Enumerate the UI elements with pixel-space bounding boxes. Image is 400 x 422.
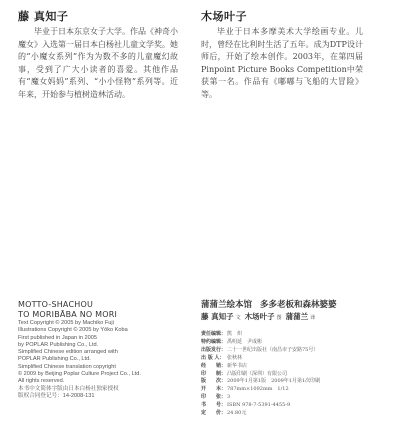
detail-row: 定 价：24.80元 xyxy=(201,410,396,418)
detail-row: 责任编辑：熊 炽 xyxy=(201,331,396,339)
detail-value: 2009年1月第1版 2009年1月第1次印刷 xyxy=(227,378,320,386)
credit-translator: 蒲蒲兰 xyxy=(286,312,309,321)
detail-value: 禹明延 尹成彬 xyxy=(227,339,262,347)
detail-value: 二十一世纪出版社（南昌市子安路75号） xyxy=(227,347,318,355)
detail-row: 开 本：787mm×1092mm 1/12 xyxy=(201,386,396,394)
illustrator-name: 木场叶子 xyxy=(201,8,361,24)
copyright-line: Simplified Chinese edition arranged with xyxy=(18,349,198,356)
detail-value: 3 xyxy=(227,394,230,402)
illustrator-bio: 木场叶子 毕业于日本多摩美术大学绘画专业。儿时，曾经在比利时生活了五年。成为DT… xyxy=(201,8,361,102)
detail-value: 787mm×1092mm 1/12 xyxy=(227,386,289,394)
detail-row: 经 销：新华书店 xyxy=(201,363,396,371)
credits-line: 藤 真知子文木场叶子图蒲蒲兰译 xyxy=(201,311,396,322)
detail-row: 出版发行：二十一世纪出版社（南昌市子安路75号） xyxy=(201,347,396,355)
detail-row: 出 版 人：张秋林 xyxy=(201,355,396,363)
copyright-line: 本书中文简体字版由日本白杨社独家授权 xyxy=(18,386,198,393)
series-title-line: 蒲蒲兰绘本馆多多老板和森林婆婆 xyxy=(201,298,396,310)
copyright-line: 版权合同登记号：14-2008-131 xyxy=(18,393,198,400)
detail-row: 特约编辑：禹明延 尹成彬 xyxy=(201,339,396,347)
author-bio: 藤 真知子 毕业于日本东京女子大学。作品《神奇小魔女》入选第一届日本白杨社儿童文… xyxy=(18,8,178,102)
detail-row: 版 次：2009年1月第1版 2009年1月第1次印刷 xyxy=(201,378,396,386)
detail-value: 新华书店 xyxy=(227,363,247,371)
detail-value: 24.80元 xyxy=(227,410,246,418)
detail-label: 特约编辑： xyxy=(201,339,227,347)
detail-row: 书 号：ISBN 978-7-5391-4455-9 xyxy=(201,402,396,410)
detail-label: 责任编辑： xyxy=(201,331,227,339)
credit-author-role: 文 xyxy=(236,315,241,321)
credit-illustrator: 木场叶子 xyxy=(245,312,275,321)
credit-author: 藤 真知子 xyxy=(201,312,234,321)
detail-row: 印 张：3 xyxy=(201,394,396,402)
illustrator-bio-text: 毕业于日本多摩美术大学绘画专业。儿时，曾经在比利时生活了五年。成为DTP设计师后… xyxy=(201,26,363,102)
detail-label: 印 张： xyxy=(201,394,227,402)
copyright-line: © 2009 by Beijing Poplar Culture Project… xyxy=(18,371,198,378)
copyright-line: Illustrations Copyright © 2005 by Yōko K… xyxy=(18,327,198,334)
author-bio-text: 毕业于日本东京女子大学。作品《神奇小魔女》入选第一届日本白杨社儿童文学奖。她的“… xyxy=(18,26,178,102)
copyright-line: POPLAR Publishing Co., Ltd. xyxy=(18,356,198,363)
book-title: 多多老板和森林婆婆 xyxy=(260,300,337,310)
copyright-line: First published in Japan in 2005 xyxy=(18,335,198,342)
copyright-line: Simplified Chinese translation copyright xyxy=(18,364,198,371)
detail-value: 熊 炽 xyxy=(227,331,242,339)
publication-details: 责任编辑：熊 炽 特约编辑：禹明延 尹成彬 出版发行：二十一世纪出版社（南昌市子… xyxy=(201,331,396,418)
credit-translator-role: 译 xyxy=(310,315,315,321)
detail-label: 定 价： xyxy=(201,410,227,418)
detail-label: 出 版 人： xyxy=(201,355,227,363)
copyright-line: All rights reserved. xyxy=(18,378,198,385)
copyright-line: by POPLAR Publishing Co., Ltd. xyxy=(18,342,198,349)
credit-illustrator-role: 图 xyxy=(277,315,282,321)
detail-value: ISBN 978-7-5391-4455-9 xyxy=(227,402,290,410)
detail-label: 书 号： xyxy=(201,402,227,410)
series-name: 蒲蒲兰绘本馆 xyxy=(201,300,252,310)
author-name: 藤 真知子 xyxy=(18,8,178,24)
detail-label: 出版发行： xyxy=(201,347,227,355)
detail-value: 张秋林 xyxy=(227,355,242,363)
original-title-line-2: TO MORIBĀBA NO MORI xyxy=(18,310,198,320)
detail-label: 经 销： xyxy=(201,363,227,371)
publication-info: 蒲蒲兰绘本馆多多老板和森林婆婆 藤 真知子文木场叶子图蒲蒲兰译 责任编辑：熊 炽… xyxy=(201,298,396,418)
copyright-block: MOTTO-SHACHOU TO MORIBĀBA NO MORI Text C… xyxy=(18,300,198,400)
original-title-line-1: MOTTO-SHACHOU xyxy=(18,300,198,310)
